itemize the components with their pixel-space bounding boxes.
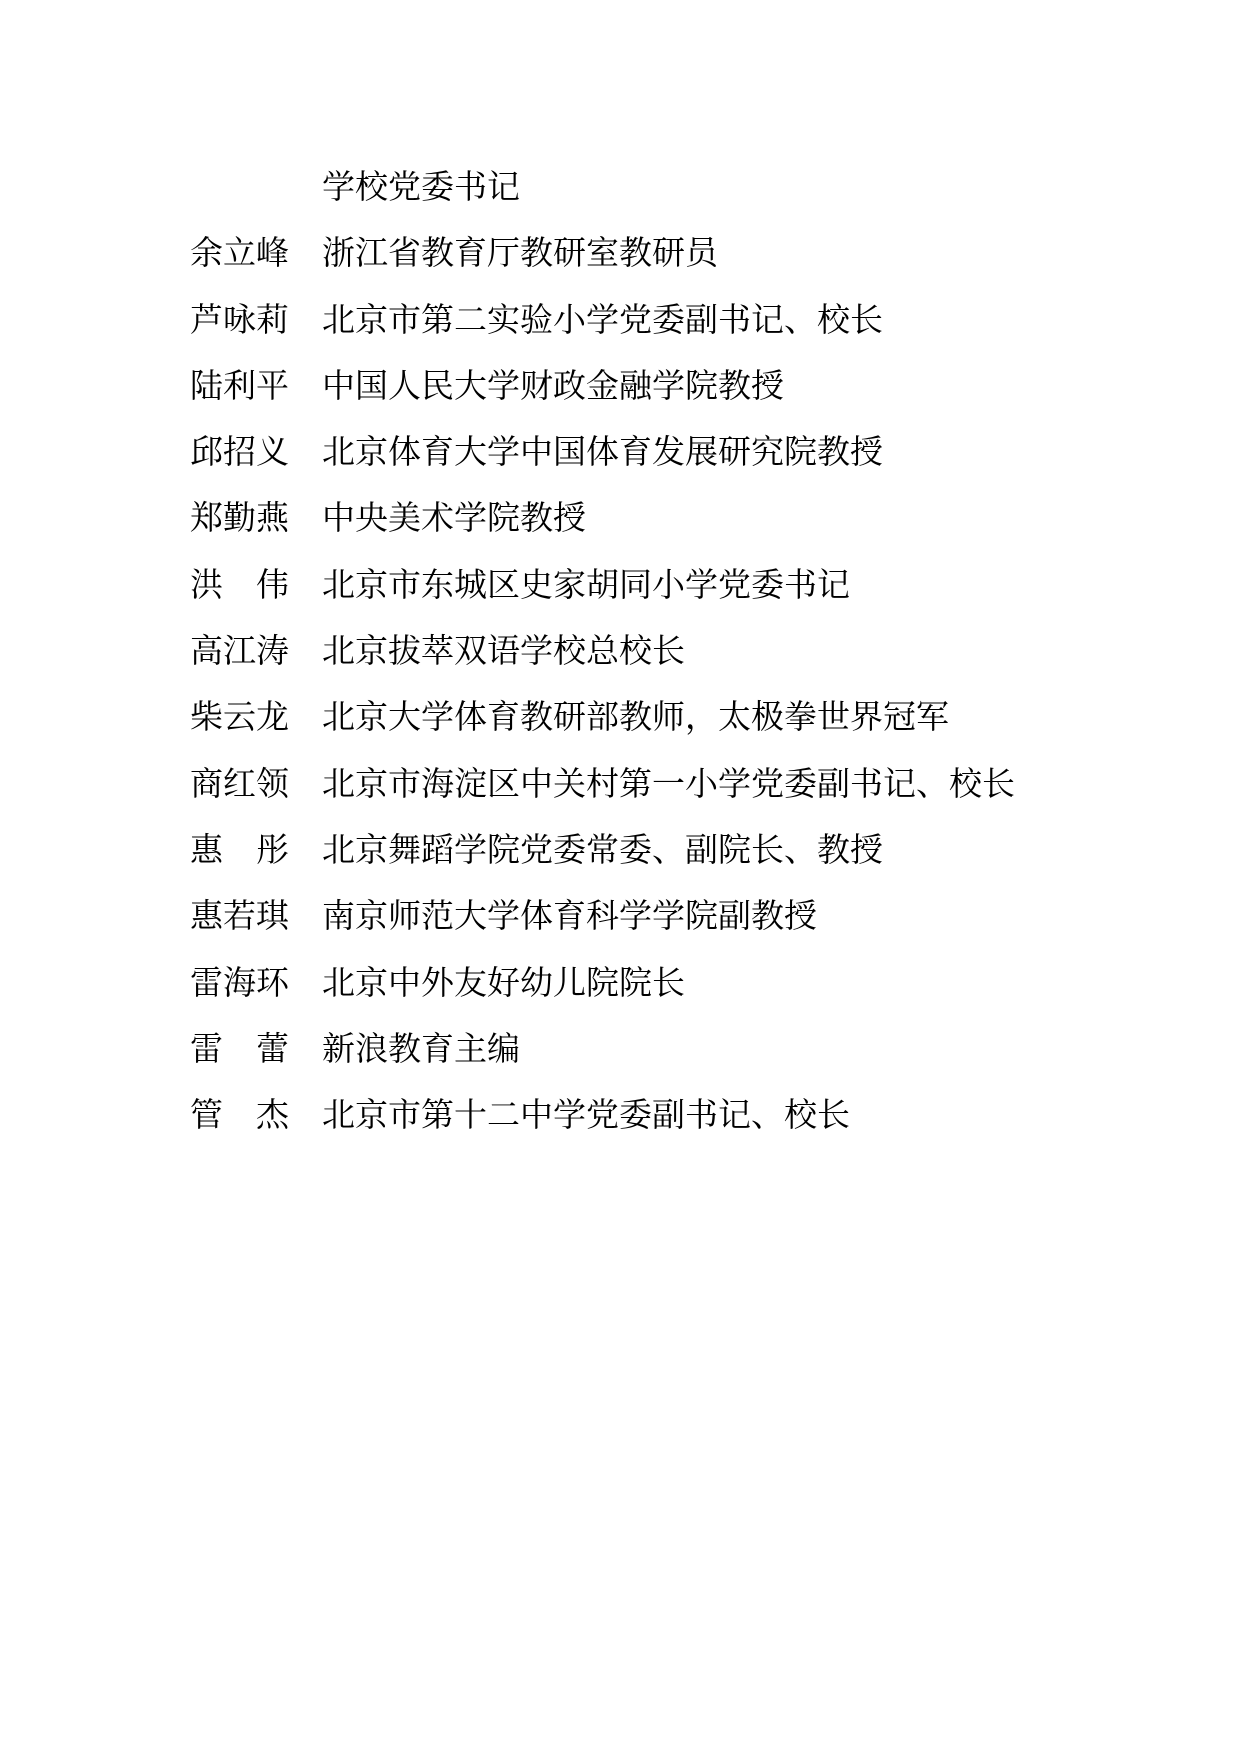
- person-title: 北京市第二实验小学党委副书记、校长: [322, 299, 883, 340]
- person-name: 芦咏莉: [190, 299, 289, 340]
- person-name: 雷 蕾: [190, 1028, 289, 1069]
- list-row: 陆利平 中国人民大学财政金融学院教授: [190, 365, 1015, 431]
- person-title: 学校党委书记: [322, 166, 520, 207]
- list-row: 邱招义 北京体育大学中国体育发展研究院教授: [190, 431, 1015, 497]
- list-row: 雷海环 北京中外友好幼儿院院长: [190, 962, 1015, 1028]
- person-title: 新浪教育主编: [322, 1028, 520, 1069]
- list-row: 商红领 北京市海淀区中关村第一小学党委副书记、校长: [190, 763, 1015, 829]
- list-row: 惠若琪 南京师范大学体育科学学院副教授: [190, 895, 1015, 961]
- person-name: 惠若琪: [190, 895, 289, 936]
- person-title: 北京市东城区史家胡同小学党委书记: [322, 564, 850, 605]
- list-row: 管 杰 北京市第十二中学党委副书记、校长: [190, 1094, 1015, 1160]
- person-title: 中国人民大学财政金融学院教授: [322, 365, 784, 406]
- person-name: 商红领: [190, 763, 289, 804]
- list-row: 洪 伟 北京市东城区史家胡同小学党委书记: [190, 564, 1015, 630]
- person-name: 余立峰: [190, 232, 289, 273]
- list-row: 柴云龙 北京大学体育教研部教师，太极拳世界冠军: [190, 696, 1015, 762]
- list-row: 郑勤燕 中央美术学院教授: [190, 497, 1015, 563]
- list-row: 学校党委书记: [190, 166, 1015, 232]
- person-title: 北京大学体育教研部教师，太极拳世界冠军: [322, 696, 949, 737]
- person-name: 洪 伟: [190, 564, 289, 605]
- person-title: 中央美术学院教授: [322, 497, 586, 538]
- list-row: 芦咏莉 北京市第二实验小学党委副书记、校长: [190, 299, 1015, 365]
- list-row: 高江涛 北京拔萃双语学校总校长: [190, 630, 1015, 696]
- person-name: 雷海环: [190, 962, 289, 1003]
- person-title: 北京市第十二中学党委副书记、校长: [322, 1094, 850, 1135]
- person-title: 北京拔萃双语学校总校长: [322, 630, 685, 671]
- list-row: 雷 蕾 新浪教育主编: [190, 1028, 1015, 1094]
- person-title: 北京体育大学中国体育发展研究院教授: [322, 431, 883, 472]
- person-title: 南京师范大学体育科学学院副教授: [322, 895, 817, 936]
- person-name: 郑勤燕: [190, 497, 289, 538]
- person-name: 陆利平: [190, 365, 289, 406]
- list-row: 惠 彤 北京舞蹈学院党委常委、副院长、教授: [190, 829, 1015, 895]
- person-title: 浙江省教育厅教研室教研员: [322, 232, 718, 273]
- person-name: 高江涛: [190, 630, 289, 671]
- person-name: 邱招义: [190, 431, 289, 472]
- person-title: 北京舞蹈学院党委常委、副院长、教授: [322, 829, 883, 870]
- person-title: 北京中外友好幼儿院院长: [322, 962, 685, 1003]
- person-name: 惠 彤: [190, 829, 289, 870]
- name-title-list: 学校党委书记 余立峰 浙江省教育厅教研室教研员 芦咏莉 北京市第二实验小学党委副…: [190, 166, 1015, 1160]
- person-title: 北京市海淀区中关村第一小学党委副书记、校长: [322, 763, 1015, 804]
- list-row: 余立峰 浙江省教育厅教研室教研员: [190, 232, 1015, 298]
- person-name: 柴云龙: [190, 696, 289, 737]
- person-name: 管 杰: [190, 1094, 289, 1135]
- document-page: 学校党委书记 余立峰 浙江省教育厅教研室教研员 芦咏莉 北京市第二实验小学党委副…: [0, 0, 1241, 1755]
